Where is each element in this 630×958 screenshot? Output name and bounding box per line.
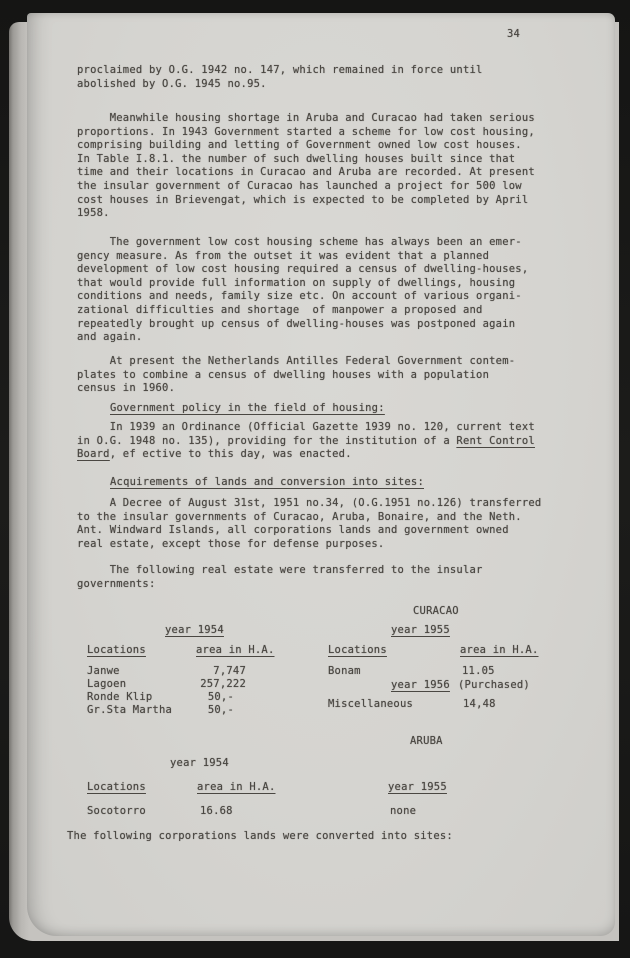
paragraph-ordinance: In 1939 an Ordinance (Official Gazette 1… [77,421,535,462]
aruba-header-locations: Locations [87,781,146,795]
rent-control-underline: Rent Control [456,435,535,447]
curacao-year-1955-label: year 1955 [391,624,450,638]
curacao-right-header-area: area in H.A. [460,644,539,658]
curacao-right-header-locations: Locations [328,644,387,658]
table-cell-location: Lagoen [87,678,126,692]
table-cell-area: 50,- [184,704,234,718]
aruba-year-1954-label: year 1954 [170,757,229,771]
table-cell-location: Janwe [87,665,120,679]
ordinance-text-end: , ef ective to this day, was enacted. [110,448,352,460]
aruba-header-area: area in H.A. [197,781,276,795]
table-cell-location: Ronde Klip [87,691,152,705]
table-cell-location: Bonam [328,665,361,679]
table-cell-location: Socotorro [87,805,146,819]
table-cell-area: 14,48 [463,698,496,712]
table-cell-area: 257,222 [184,678,246,692]
curacao-left-header-locations: Locations [87,644,146,658]
paragraph-closing: The following corporations lands were co… [67,830,453,844]
table-cell-right-value: none [390,805,416,819]
curacao-year-1956-note: (Purchased) [458,679,530,693]
table-cell-area: 11.05 [462,665,495,679]
curacao-year-1956-label: year 1956 [391,679,450,693]
table-cell-area: 50,- [184,691,234,705]
heading-government-policy: Government policy in the field of housin… [110,402,385,416]
heading-acquirements: Acquirements of lands and conversion int… [110,476,424,490]
book-scan: 34 proclaimed by O.G. 1942 no. 147, whic… [0,0,630,958]
paragraph-proclaimed: proclaimed by O.G. 1942 no. 147, which r… [77,64,483,91]
paragraph-emergency-measure: The government low cost housing scheme h… [77,236,528,345]
table-cell-area: 16.68 [200,805,233,819]
board-underline: Board [77,448,110,460]
aruba-table-title: ARUBA [410,735,443,749]
curacao-year-1954-label: year 1954 [165,624,224,638]
aruba-year-1955-label: year 1955 [388,781,447,795]
paragraph-housing-shortage: Meanwhile housing shortage in Aruba and … [77,112,535,221]
table-cell-location: Gr.Sta Martha [87,704,172,718]
paragraph-decree: A Decree of August 31st, 1951 no.34, (O.… [77,497,541,551]
curacao-left-header-area: area in H.A. [196,644,275,658]
paragraph-transferred: The following real estate were transferr… [77,564,483,591]
table-cell-area: 7,747 [184,665,246,679]
table-cell-location: Miscellaneous [328,698,413,712]
paragraph-census-1960: At present the Netherlands Antilles Fede… [77,355,515,396]
page-number: 34 [507,28,520,42]
curacao-table-title: CURACAO [413,605,459,619]
